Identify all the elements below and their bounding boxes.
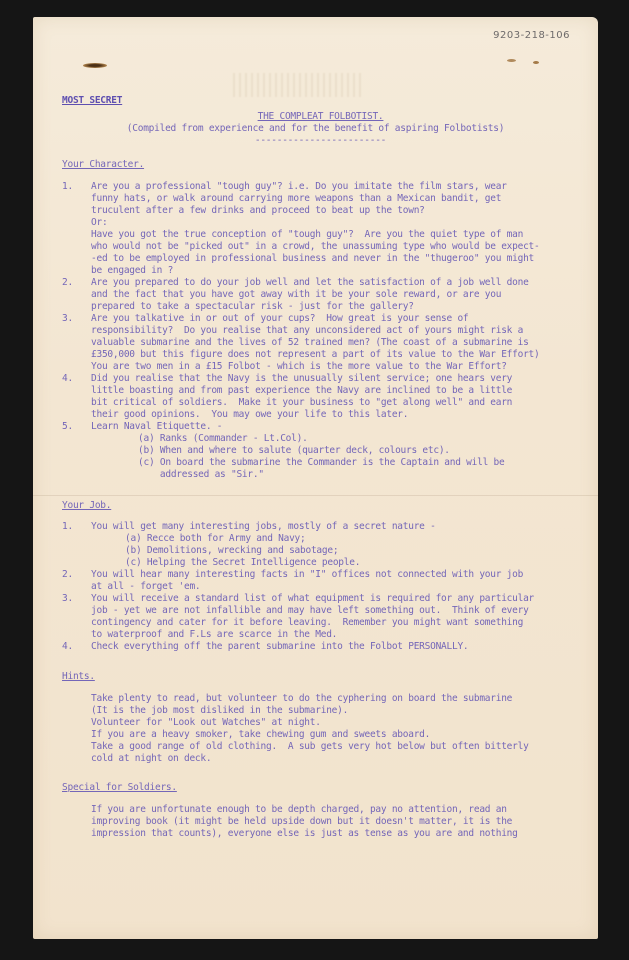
item-number: 1. [62,521,91,533]
item-number: 1. [62,181,91,277]
item-number: 2. [62,277,91,313]
text-line: bit critical of soldiers. Make it your b… [91,397,512,409]
sub-item-b: (b) When and where to salute (quarter de… [138,445,450,457]
text-line: You will get many interesting jobs, most… [91,521,436,533]
text-line: You will hear many interesting facts in … [91,569,523,581]
text-line: little boasting and from past experience… [91,385,512,397]
item-number: 3. [62,593,91,641]
text-line: prepared to take a spectacular risk - ju… [91,301,529,313]
text-line: -ed to be employed in professional busin… [91,253,540,265]
text-line: responsibility? Do you realise that any … [91,325,540,337]
text-line: Check everything off the parent submarin… [91,641,468,653]
text-line: Are you talkative in or out of your cups… [91,313,540,325]
character-item-3: 3. Are you talkative in or out of your c… [62,313,540,373]
document-title: THE COMPLEAT FOLBOTIST. [33,111,598,123]
text-line: to waterproof and F.Ls are scarce in the… [91,629,534,641]
character-item-1: 1. Are you a professional "tough guy"? i… [62,181,540,277]
character-item-2: 2. Are you prepared to do your job well … [62,277,529,313]
text-line: who would not be "picked out" in a crowd… [91,241,540,253]
document-subtitle: (Compiled from experience and for the be… [33,123,598,135]
job-item-4: 4. Check everything off the parent subma… [62,641,468,653]
document-page: 9203-218-106 MOST SECRET THE COMPLEAT FO… [33,17,598,939]
item-number: 2. [62,569,91,593]
sub-item-c: (c) Helping the Secret Intelligence peop… [125,557,360,569]
job-item-2: 2. You will hear many interesting facts … [62,569,523,593]
text-line: Have you got the true conception of "tou… [91,229,540,241]
text-line: impression that counts), everyone else i… [91,828,518,840]
text-line: truculent after a few drinks and proceed… [91,205,540,217]
text-line: be engaged in ? [91,265,540,277]
job-item-3: 3. You will receive a standard list of w… [62,593,534,641]
text-line: job - yet we are not infallible and may … [91,605,534,617]
text-line: (It is the job most disliked in the subm… [91,705,348,717]
text-line: You will receive a standard list of what… [91,593,534,605]
reference-number: 9203-218-106 [493,30,570,41]
text-line: funny hats, or walk around carrying more… [91,193,540,205]
item-number: 5. [62,421,91,433]
text-line: You are two men in a £15 Folbot - which … [91,361,540,373]
text-line: at all - forget 'em. [91,581,523,593]
text-line: cold at night on deck. [91,753,211,765]
sub-item-a: (a) Recce both for Army and Navy; [125,533,306,545]
section-heading-job: Your Job. [62,500,111,512]
text-line: Take a good range of old clothing. A sub… [91,741,529,753]
text-line: their good opinions. You may owe your li… [91,409,512,421]
text-line: Did you realise that the Navy is the unu… [91,373,512,385]
text-line: Are you a professional "tough guy"? i.e.… [91,181,540,193]
item-number: 3. [62,313,91,373]
title-rule: ------------------------ [33,135,598,147]
text-line: Or: [91,217,540,229]
character-item-5: 5. Learn Naval Etiquette. - [62,421,222,433]
burn-mark [507,59,516,62]
text-line: contingency and cater for it before leav… [91,617,534,629]
text-line: If you are a heavy smoker, take chewing … [91,729,430,741]
section-heading-hints: Hints. [62,671,95,683]
sub-item-a: (a) Ranks (Commander - Lt.Col). [138,433,308,445]
faded-stamp [233,73,363,97]
text-line: and the fact that you have got away with… [91,289,529,301]
sub-item-c: (c) On board the submarine the Commander… [138,457,504,469]
sub-item-c-continued: addressed as "Sir." [138,469,264,481]
sub-item-b: (b) Demolitions, wrecking and sabotage; [125,545,338,557]
burn-mark [83,63,107,68]
text-line: Are you prepared to do your job well and… [91,277,529,289]
classification-label: MOST SECRET [62,95,122,107]
text-line: £350,000 but this figure does not repres… [91,349,540,361]
text-line: Take plenty to read, but volunteer to do… [91,693,512,705]
character-item-4: 4. Did you realise that the Navy is the … [62,373,512,421]
item-number: 4. [62,641,91,653]
text-line: Learn Naval Etiquette. - [91,421,222,433]
section-heading-soldiers: Special for Soldiers. [62,782,177,794]
burn-mark [533,61,539,64]
section-heading-character: Your Character. [62,159,144,171]
text-line: Volunteer for "Look out Watches" at nigh… [91,717,321,729]
paper-fold-line [33,495,598,496]
text-line: valuable submarine and the lives of 52 t… [91,337,540,349]
text-line: improving book (it might be held upside … [91,816,512,828]
text-line: If you are unfortunate enough to be dept… [91,804,507,816]
job-item-1: 1. You will get many interesting jobs, m… [62,521,436,533]
item-number: 4. [62,373,91,421]
